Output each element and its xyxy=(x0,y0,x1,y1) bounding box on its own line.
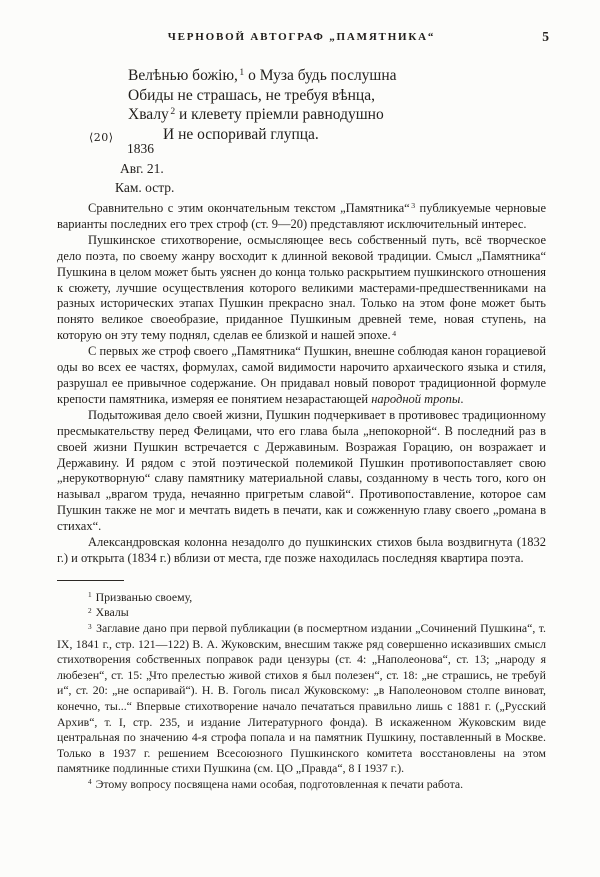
dateline-date: Авг. 21. xyxy=(115,159,174,179)
dateline-block: 1836 Авг. 21. Кам. остр. xyxy=(115,139,174,198)
footnote: 2 Хвалы xyxy=(57,605,546,621)
dateline-year: 1836 xyxy=(115,139,174,159)
paragraph: Александровская колонна незадолго до пуш… xyxy=(57,535,546,567)
page-number: 5 xyxy=(542,29,549,45)
paragraph: С первых же строф своего „Памятника“ Пуш… xyxy=(57,344,546,408)
poem-line: Обиды не страшась, не требуя вѣнца, xyxy=(128,86,397,106)
poem-line: Хвалу2 и клевету пріемли равнодушно xyxy=(128,105,397,125)
paragraph: Пушкинское стихотворение, осмысляющее ве… xyxy=(57,233,546,344)
paragraph: Сравнительно с этим окончательным тексто… xyxy=(57,201,546,233)
verse-line-number: ⟨20⟩ xyxy=(89,128,114,148)
book-page: ЧЕРНОВОЙ АВТОГРАФ „ПАМЯТНИКА“ 5 Велѣнью … xyxy=(0,0,600,877)
poem-line: ⟨20⟩ И не оспоривай глупца. xyxy=(163,125,397,145)
poem-line-text: И не оспоривай глупца. xyxy=(163,126,319,143)
footnote: 4 Этому вопросу посвящена нами особая, п… xyxy=(57,777,546,793)
footnote: 3 Заглавие дано при первой публикации (в… xyxy=(57,621,546,777)
dateline-place: Кам. остр. xyxy=(115,178,174,198)
poem-line: Велѣнью божію,1 о Муза будь послушна xyxy=(128,66,397,86)
footnote: 1 Призванью своему, xyxy=(57,590,546,606)
footnote-separator xyxy=(57,580,124,581)
commentary-block: Сравнительно с этим окончательным тексто… xyxy=(57,201,546,793)
running-head: ЧЕРНОВОЙ АВТОГРАФ „ПАМЯТНИКА“ xyxy=(57,31,546,43)
poem-block: Велѣнью божію,1 о Муза будь послушна Оби… xyxy=(128,66,397,144)
paragraph: Подытоживая дело своей жизни, Пушкин под… xyxy=(57,408,546,535)
